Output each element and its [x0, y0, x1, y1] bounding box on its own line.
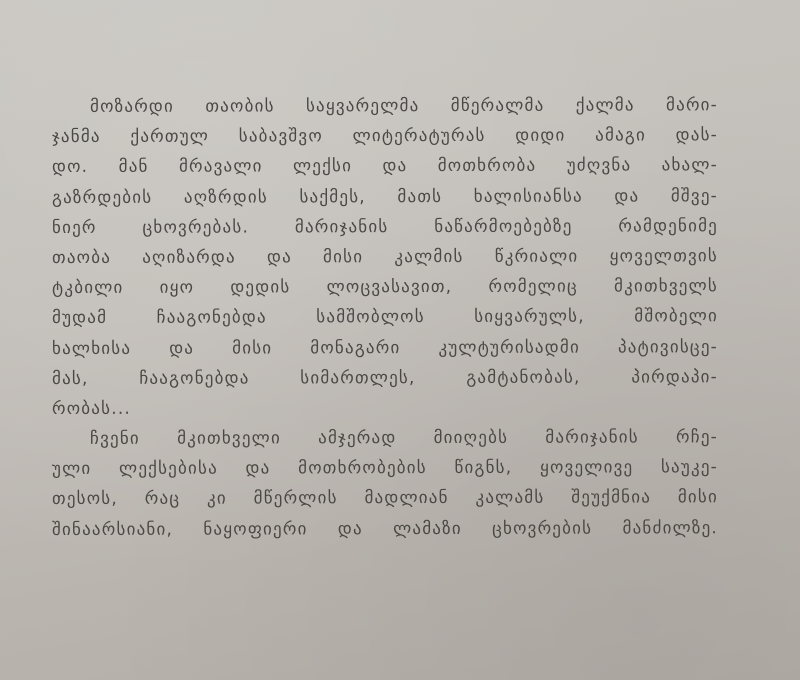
text-line: მუდამ ჩააგონებდა სამშობლოს სიყვარულს, მშ… — [52, 302, 718, 334]
paragraph-1: მოზარდი თაობის საყვარელმა მწერალმა ქალმა… — [52, 92, 718, 424]
text-line: თაობა აღიზარდა და მისი კალმის წკრიალი ყო… — [52, 241, 718, 273]
text-line: შინაარსიანი, ნაყოფიერი და ლამაზი ცხოვრებ… — [52, 513, 718, 545]
text-line: მას, ჩააგონებდა სიმართლეს, გამტანობას, პ… — [52, 362, 718, 394]
text-line: გაზრდების აღზრდის საქმეს, მათს ხალისიანს… — [52, 181, 718, 213]
text-line: მოზარდი თაობის საყვარელმა მწერალმა ქალმა… — [52, 90, 718, 122]
text-line: ტკბილი იყო დედის ლოცვასავით, რომელიც მკი… — [52, 271, 718, 303]
text-line: ული ლექსებისა და მოთხრობების წიგნს, ყოვე… — [52, 453, 718, 485]
text-line: დო. მან მრავალი ლექსი და მოთხრობა უძღვნა… — [52, 151, 718, 183]
book-page: მოზარდი თაობის საყვარელმა მწერალმა ქალმა… — [0, 0, 800, 680]
text-line: თესოს, რაც კი მწერლის მადლიან კალამს შეუ… — [52, 483, 718, 515]
text-line: რობას... — [52, 392, 718, 424]
text-line: ჩვენი მკითხველი ამჯერად მიიღებს მარიჯანი… — [52, 422, 718, 454]
body-text: მოზარდი თაობის საყვარელმა მწერალმა ქალმა… — [52, 92, 718, 545]
paragraph-2: ჩვენი მკითხველი ამჯერად მიიღებს მარიჯანი… — [52, 424, 718, 545]
text-line: ჯანმა ქართულ საბავშვო ლიტერატურას დიდი ა… — [52, 120, 718, 152]
text-line: ნიერ ცხოვრებას. მარიჯანის ნაწარმოებებზე … — [52, 211, 718, 243]
text-line: ხალხისა და მისი მონაგარი კულტურისადმი პა… — [52, 332, 718, 364]
